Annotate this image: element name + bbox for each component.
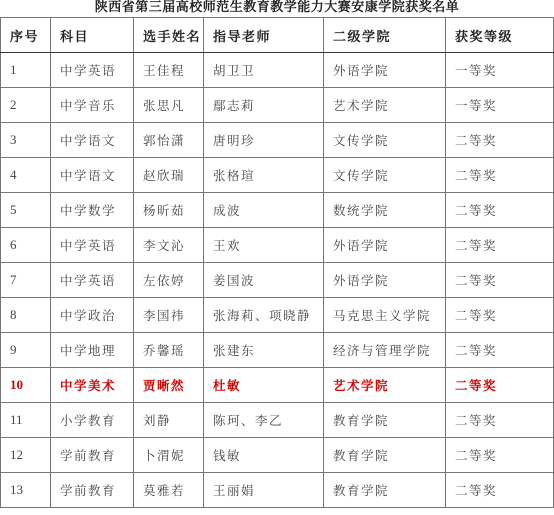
table-row-highlighted: 10中学美术贾晰然杜敏艺术学院二等奖 (1, 368, 554, 403)
cell-award: 二等奖 (446, 263, 554, 298)
cell-no: 13 (1, 473, 51, 508)
cell-college: 艺术学院 (324, 368, 446, 403)
table-row: 2中学音乐张思凡鄢志莉艺术学院一等奖 (1, 88, 554, 123)
cell-advisor: 张格瑄 (204, 158, 324, 193)
table-row: 11小学教育刘静陈珂、李乙教育学院二等奖 (1, 403, 554, 438)
cell-no: 7 (1, 263, 51, 298)
cell-college: 马克思主义学院 (324, 298, 446, 333)
document-title: 陕西省第三届高校师范生教育教学能力大赛安康学院获奖名单 (0, 0, 554, 16)
cell-no: 6 (1, 228, 51, 263)
cell-college: 经济与管理学院 (324, 333, 446, 368)
cell-award: 一等奖 (446, 53, 554, 88)
cell-college: 教育学院 (324, 403, 446, 438)
cell-name: 张思凡 (134, 88, 204, 123)
cell-award: 二等奖 (446, 123, 554, 158)
cell-name: 贾晰然 (134, 368, 204, 403)
cell-college: 艺术学院 (324, 88, 446, 123)
cell-no: 11 (1, 403, 51, 438)
cell-no: 9 (1, 333, 51, 368)
cell-award: 一等奖 (446, 88, 554, 123)
cell-no: 1 (1, 53, 51, 88)
cell-award: 二等奖 (446, 368, 554, 403)
cell-advisor: 杜敏 (204, 368, 324, 403)
cell-subject: 中学英语 (51, 228, 134, 263)
cell-advisor: 王欢 (204, 228, 324, 263)
cell-advisor: 王丽娟 (204, 473, 324, 508)
cell-advisor: 成波 (204, 193, 324, 228)
cell-award: 二等奖 (446, 298, 554, 333)
cell-advisor: 胡卫卫 (204, 53, 324, 88)
cell-college: 外语学院 (324, 228, 446, 263)
cell-no: 3 (1, 123, 51, 158)
table-row: 13学前教育莫雅若王丽娟教育学院二等奖 (1, 473, 554, 508)
cell-award: 二等奖 (446, 403, 554, 438)
cell-name: 乔馨瑶 (134, 333, 204, 368)
cell-name: 李国祎 (134, 298, 204, 333)
table-row: 7中学英语左依婷姜国波外语学院二等奖 (1, 263, 554, 298)
cell-advisor: 张海莉、项晓静 (204, 298, 324, 333)
cell-name: 王佳程 (134, 53, 204, 88)
column-header-name: 选手姓名 (134, 18, 204, 53)
cell-no: 12 (1, 438, 51, 473)
cell-name: 郭怡潇 (134, 123, 204, 158)
cell-subject: 学前教育 (51, 473, 134, 508)
cell-award: 二等奖 (446, 158, 554, 193)
cell-no: 8 (1, 298, 51, 333)
cell-subject: 中学英语 (51, 263, 134, 298)
award-table: 序号 科目 选手姓名 指导老师 二级学院 获奖等级 1中学英语王佳程胡卫卫外语学… (0, 17, 554, 508)
cell-subject: 中学政治 (51, 298, 134, 333)
cell-award: 二等奖 (446, 228, 554, 263)
cell-subject: 中学美术 (51, 368, 134, 403)
cell-advisor: 钱敏 (204, 438, 324, 473)
column-header-college: 二级学院 (324, 18, 446, 53)
cell-advisor: 姜国波 (204, 263, 324, 298)
cell-college: 教育学院 (324, 438, 446, 473)
cell-name: 杨昕茹 (134, 193, 204, 228)
table-row: 1中学英语王佳程胡卫卫外语学院一等奖 (1, 53, 554, 88)
cell-no: 5 (1, 193, 51, 228)
cell-advisor: 鄢志莉 (204, 88, 324, 123)
cell-subject: 小学教育 (51, 403, 134, 438)
table-header-row: 序号 科目 选手姓名 指导老师 二级学院 获奖等级 (1, 18, 554, 53)
cell-college: 文传学院 (324, 158, 446, 193)
cell-college: 教育学院 (324, 473, 446, 508)
cell-advisor: 陈珂、李乙 (204, 403, 324, 438)
column-header-no: 序号 (1, 18, 51, 53)
cell-name: 莫雅若 (134, 473, 204, 508)
table-row: 6中学英语李文沁王欢外语学院二等奖 (1, 228, 554, 263)
cell-subject: 中学语文 (51, 123, 134, 158)
cell-subject: 中学地理 (51, 333, 134, 368)
cell-name: 刘静 (134, 403, 204, 438)
table-row: 12学前教育卜渭妮钱敏教育学院二等奖 (1, 438, 554, 473)
table-row: 4中学语文赵欣瑞张格瑄文传学院二等奖 (1, 158, 554, 193)
cell-name: 卜渭妮 (134, 438, 204, 473)
cell-no: 10 (1, 368, 51, 403)
column-header-subject: 科目 (51, 18, 134, 53)
cell-award: 二等奖 (446, 193, 554, 228)
cell-college: 文传学院 (324, 123, 446, 158)
cell-advisor: 唐明珍 (204, 123, 324, 158)
table-row: 3中学语文郭怡潇唐明珍文传学院二等奖 (1, 123, 554, 158)
column-header-advisor: 指导老师 (204, 18, 324, 53)
cell-no: 4 (1, 158, 51, 193)
cell-no: 2 (1, 88, 51, 123)
cell-subject: 中学数学 (51, 193, 134, 228)
cell-award: 二等奖 (446, 438, 554, 473)
cell-name: 赵欣瑞 (134, 158, 204, 193)
cell-subject: 中学音乐 (51, 88, 134, 123)
cell-advisor: 张建东 (204, 333, 324, 368)
table-row: 9中学地理乔馨瑶张建东经济与管理学院二等奖 (1, 333, 554, 368)
cell-subject: 中学英语 (51, 53, 134, 88)
cell-award: 二等奖 (446, 333, 554, 368)
table-row: 8中学政治李国祎张海莉、项晓静马克思主义学院二等奖 (1, 298, 554, 333)
cell-subject: 学前教育 (51, 438, 134, 473)
cell-subject: 中学语文 (51, 158, 134, 193)
column-header-award: 获奖等级 (446, 18, 554, 53)
cell-name: 左依婷 (134, 263, 204, 298)
cell-college: 数统学院 (324, 193, 446, 228)
cell-college: 外语学院 (324, 53, 446, 88)
cell-award: 二等奖 (446, 473, 554, 508)
cell-college: 外语学院 (324, 263, 446, 298)
table-row: 5中学数学杨昕茹成波数统学院二等奖 (1, 193, 554, 228)
cell-name: 李文沁 (134, 228, 204, 263)
